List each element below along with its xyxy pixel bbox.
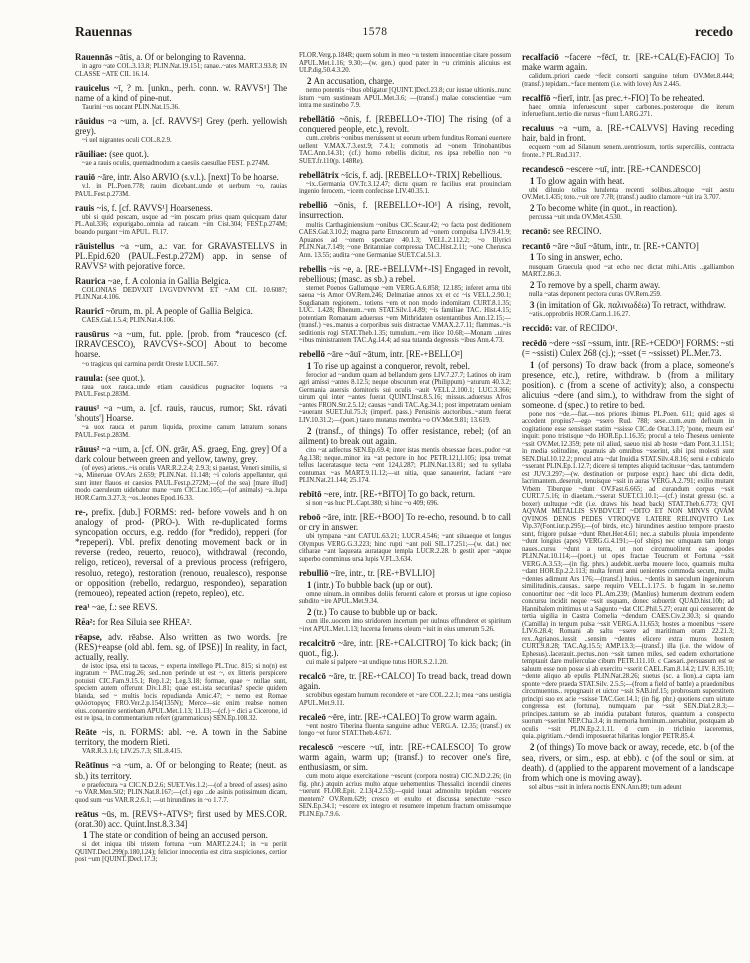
entry-re: re-, prefix. [dub.] FORMS: red- before v… bbox=[75, 507, 287, 598]
quotation-block: ~a uox rauca et parum liquida, proxime c… bbox=[75, 424, 287, 439]
entry-rauus: rāuus² ~a ~um, a. [cf. ON. grār, AS. gra… bbox=[75, 444, 287, 464]
headword: recalcitrō bbox=[299, 638, 338, 648]
quotation-block: multis Carthaginiensium ~onibus CIC.Scau… bbox=[299, 222, 511, 260]
entry-recanto: recantō ~āre ~āuī ~ātum, intr., tr. [RE-… bbox=[522, 241, 734, 251]
headword: rēapse, bbox=[75, 632, 108, 642]
quotation-block: ~ent nostro Tiberina fluenta sanguine ad… bbox=[299, 723, 511, 738]
quotation-block: cui male si palpere ~at undique tutus HO… bbox=[299, 659, 511, 667]
quotation-block: ~i uel nigrantes oculi COL.8.2.9. bbox=[75, 137, 287, 145]
headword: recandescō bbox=[522, 164, 566, 174]
headword: reboō bbox=[299, 512, 323, 522]
headword: recalescō bbox=[299, 742, 338, 752]
entry-rebello: rebellō ~āre ~āuī ~ātum, intr. [RE-+BELL… bbox=[299, 349, 511, 359]
quotation-block: ecquem ~om ad Silanum senem..uentriosum,… bbox=[522, 144, 734, 159]
quotation-block: cum..crebris ~onibus meruissent ut eorum… bbox=[299, 135, 511, 165]
headword: Reāte bbox=[75, 727, 102, 737]
quotation-block: de istoc ipsa, etsi tu taceas, ~ experta… bbox=[75, 663, 287, 723]
sense-definition: 1 The state or condition of being an acc… bbox=[75, 830, 287, 840]
entry-reboo: reboō ~āre, intr. [RE-+BOO] To re-echo, … bbox=[299, 512, 511, 532]
entry-rebellis: rebellis ~is ~e, a. [RE-+BELLVM+-IS] Eng… bbox=[299, 264, 511, 284]
entry-reate: Reāte ~is, n. FORMS: abl. ~e. A town in … bbox=[75, 727, 287, 747]
entry-rausurus: rausūrus ~a ~um, fut. pple. [prob. from … bbox=[75, 329, 287, 359]
quotation-block: si non ~as huc PL.Capt.380; si hinc ~o 4… bbox=[299, 500, 511, 508]
sense-definition: 2 To become white (in quot., in reaction… bbox=[522, 203, 734, 213]
quotation-block: nulla ~atas deponent pectora curas OV.Re… bbox=[522, 291, 734, 299]
text-column-2: FLOR.Verg.p.184R; quem solum in meo ~u t… bbox=[299, 52, 511, 940]
headword: rebellātiō bbox=[299, 114, 339, 124]
headword: rauicelus bbox=[75, 83, 114, 93]
entry-reapse: rēapse, adv. rēabse. Also written as two… bbox=[75, 632, 287, 662]
entry-rauula: rauula: (see quot.). bbox=[75, 373, 287, 383]
quotation-block: scrobibus egestam humum recondere et ~ar… bbox=[299, 692, 511, 707]
entry-rebullio: rebulliō ~īre, intr., tr. [RE-+BVLLIO] bbox=[299, 568, 511, 578]
entry-reatinus: Reātīnus ~a ~um, a. Of or belonging to R… bbox=[75, 760, 287, 780]
page-number: 1578 bbox=[0, 26, 750, 38]
entry-rebellio: rebelliō ~ōnis, f. [REBELLO+-IO¹] A risi… bbox=[299, 200, 511, 220]
sense-definition: 1 To rise up against a conqueror, revolt… bbox=[299, 361, 511, 371]
sense-number: 1 bbox=[530, 360, 538, 370]
headword: rāuistellus bbox=[75, 241, 120, 251]
sense-number: 1 bbox=[83, 830, 90, 840]
sense-definition: 2 (transf., of things) To offer resistan… bbox=[299, 426, 511, 446]
quotation-block: v.l. in PL.Poen.778; rauim dicebant..und… bbox=[75, 183, 287, 198]
text-column-3: recalfaciō ~facere ~fēcī, tr. [RE-+CAL(E… bbox=[522, 52, 734, 940]
entry-recano: recanō: see RECINO. bbox=[522, 226, 734, 236]
sense-definition: 2 To remove by a spell, charm away. bbox=[522, 280, 734, 290]
headword: rausūrus bbox=[75, 329, 113, 339]
entry-recaluus: recaluus ~a ~um, a. [RE-+CALVVS] Having … bbox=[522, 123, 734, 143]
sense-number: 1 bbox=[530, 176, 537, 186]
headword: rāuidus bbox=[75, 116, 108, 126]
entry-rauis: rauis ~is, f. [cf. RAVVS¹] Hoarseness. bbox=[75, 203, 287, 213]
entry-rea: rea¹ ~ae, f.: see REVS. bbox=[75, 602, 287, 612]
entry-recalfacio: recalfaciō ~facere ~fēcī, tr. [RE-+CAL(E… bbox=[522, 52, 734, 72]
headword: rebītō bbox=[299, 489, 324, 499]
quotation-block: ferocior ad ~andum quam ad bellandum gen… bbox=[299, 372, 511, 425]
quotation-block: ubi diluuio tellus lutulenta recenti sol… bbox=[522, 187, 734, 202]
entry-rauio: rauiō ~āre, intr. Also ARVIO (s.v.l.). [… bbox=[75, 172, 287, 182]
quotation-block: COLONIAS DEDVXIT LVGVDVNVM ET ~AM CIL 10… bbox=[75, 287, 287, 302]
entry-raurica: Raurica ~ae, f. A colonia in Gallia Belg… bbox=[75, 276, 287, 286]
headword: Rauricī bbox=[75, 306, 106, 316]
entry-rauennas: Rauennās ~ātis, a. Of or belonging to Ra… bbox=[75, 52, 287, 62]
quotation-block: ~ae a rauis oculis, quemadmodum a caesii… bbox=[75, 160, 287, 168]
quotation-block: percussa ~uit unda OV.Met.4.530. bbox=[522, 214, 734, 222]
headword: Reātīnus bbox=[75, 760, 112, 770]
entry-rauistellus: rāuistellus ~a ~um, a.: var. for GRAVAST… bbox=[75, 241, 287, 271]
headword: rauis bbox=[75, 203, 96, 213]
quotation-block: FLOR.Verg.p.184R; quem solum in meo ~u t… bbox=[299, 52, 511, 75]
headword: rea¹ bbox=[75, 602, 92, 612]
entry-raurici: Rauricī ~ōrum, m. pl. A people of Gallia… bbox=[75, 306, 287, 316]
headword: rāuiliae: bbox=[75, 149, 109, 159]
headword: rauiō bbox=[75, 172, 97, 182]
quotation-block: e praefectura ~a CIC.N.D.2.6; SUET.Ves.1… bbox=[75, 782, 287, 805]
entry-recalfio: recalfīō ~fierī, intr. [as prec.+-FIO] T… bbox=[522, 93, 734, 103]
quotation-block: cum ille..uocem imo stridorem incertum p… bbox=[299, 618, 511, 633]
quotation-block: VAR.R.3.1.6; LIV.25.7.3; SIL.8.415. bbox=[75, 748, 287, 756]
sense-number: 2 bbox=[307, 76, 314, 86]
headword: Rĕa²: bbox=[75, 617, 98, 627]
headword: recanō: bbox=[522, 226, 553, 236]
headword: reātus bbox=[75, 809, 102, 819]
entry-recalesco: recalescō ~escere ~uī, intr. [RE-+CALESC… bbox=[299, 742, 511, 772]
quotation-block: si det iniqua tibi tristem fortuna ~um M… bbox=[75, 841, 287, 864]
text-column-1: Rauennās ~ātis, a. Of or belonging to Ra… bbox=[75, 52, 287, 940]
quotation-block: ubi tympana ~ant CATUL.63.21; LUCR.4.546… bbox=[299, 533, 511, 563]
entry-rauidus: rāuidus ~a ~um, a. [cf. RAVVS²] Grey (pe… bbox=[75, 116, 287, 136]
quotation-block: omne uinum..in omnibus doliis feruenti c… bbox=[299, 591, 511, 606]
sense-number: 3 bbox=[530, 300, 537, 310]
entry-rauiliae: rāuiliae: (see quot.). bbox=[75, 149, 287, 159]
quotation-block: ubi si quid poscam, usque ad ~im poscam … bbox=[75, 214, 287, 237]
quotation-block: nusquam Graecula quod ~at echo nec dicta… bbox=[522, 264, 734, 279]
sense-number: 2 bbox=[530, 742, 537, 752]
quotation-block: sol albus ~ssit in infera noctis ENN.Ann… bbox=[522, 784, 734, 792]
headword: rauula: bbox=[75, 373, 105, 383]
entry-rebito: rebītō ~ere, intr. [RE-+BITO] To go back… bbox=[299, 489, 511, 499]
entry-rebellatrix: rebellātrix ~īcis, f. adj. [REBELLO+-TRI… bbox=[299, 170, 511, 180]
quotation-block: CAES.Gal.1.5.4; PLIN.Nat.4.106. bbox=[75, 317, 287, 325]
headword: rebellātrix bbox=[299, 170, 341, 180]
headword: recaluus bbox=[522, 123, 559, 133]
quotation-block: raua uox rauca..unde etiam causidicus pu… bbox=[75, 384, 287, 399]
running-head-right: recedo bbox=[695, 24, 733, 40]
entry-recaleo: recaleō ~ēre, intr. [RE-+CALEO] To grow … bbox=[299, 712, 511, 722]
entry-recandesco: recandescō ~escere ~uī, intr. [RE-+CANDE… bbox=[522, 164, 734, 174]
headword: rebelliō bbox=[299, 200, 334, 210]
quotation-block: cum motu atque exercitatione ~escunt (co… bbox=[299, 773, 511, 818]
quotation-block: ~atis..opprobriis HOR.Carm.1.16.27. bbox=[522, 311, 734, 319]
quotation-block: Taurini ~os uocant PLIN.Nat.15.36. bbox=[75, 104, 287, 112]
sense-definition: 2 An accusation, charge. bbox=[299, 76, 511, 86]
quotation-block: calidum..priori caede ~fecit consorti sa… bbox=[522, 73, 734, 88]
sense-number: 2 bbox=[307, 426, 316, 436]
quotation-block: ~ix..Germania OV.Tr.3.12.47; dictu quam … bbox=[299, 181, 511, 196]
headword: rāuus² bbox=[75, 444, 102, 454]
sense-number: 1 bbox=[307, 580, 314, 590]
headword: Rauennās bbox=[75, 52, 115, 62]
dictionary-page: Rauennas 1578 recedo Rauennās ~ātis, a. … bbox=[0, 0, 750, 963]
headword: rebulliō bbox=[299, 568, 331, 578]
quotation-block: cito ~at adfectus SEN.Ep.69.4; inter ist… bbox=[299, 447, 511, 485]
sense-number: 2 bbox=[307, 607, 314, 617]
entry-recalcitro: recalcitrō ~āre, intr. [RE-+CALCITRO] To… bbox=[299, 638, 511, 658]
entry-recedo: recēdō ~dere ~ssī ~ssum, intr. [RE-+CEDO… bbox=[522, 338, 734, 358]
quotation-block: haec omnia inferuescunt super carbones..… bbox=[522, 104, 734, 119]
sense-number: 1 bbox=[307, 361, 314, 371]
quotation-block: in agro ~ate COL.3.13.8; PLIN.Nat.19.151… bbox=[75, 63, 287, 78]
sense-definition: 2 (tr.) To cause to bubble up or back. bbox=[299, 607, 511, 617]
sense-definition: 1 (of persons) To draw back (from a plac… bbox=[522, 360, 734, 410]
sense-definition: 1 To glow again with heat. bbox=[522, 176, 734, 186]
quotation-block: nemo potentis ~ibus obligatur [QUINT.]De… bbox=[299, 87, 511, 110]
headword: re-, bbox=[75, 507, 92, 517]
quotation-block: ~o tragicus qui carmina perdit Oreste LU… bbox=[75, 361, 287, 369]
headword: recēdō bbox=[522, 338, 549, 348]
headword: recalcō bbox=[299, 671, 329, 681]
quotation-block: pone nos ~de.—fiat.—nos priores ibimus P… bbox=[522, 411, 734, 741]
sense-number: 2 bbox=[530, 280, 537, 290]
headword: recalfaciō bbox=[522, 52, 565, 62]
headword: recaleō bbox=[299, 712, 328, 722]
headword: Raurica bbox=[75, 276, 108, 286]
quotation-block: (of eyes) arietes..~is oculis VAR.R.2.2.… bbox=[75, 465, 287, 503]
headword: recantō bbox=[522, 241, 553, 251]
entry-recalco: recalcō ~āre, tr. [RE-+CALCO] To tread b… bbox=[299, 671, 511, 691]
headword: reccidō: bbox=[522, 323, 555, 333]
sense-definition: 2 (of things) To move back or away, rece… bbox=[522, 742, 734, 782]
entry-reccido: reccidō: var. of RECIDO¹. bbox=[522, 323, 734, 333]
entry-rea: Rĕa²: for Rea Siluia see RHEA². bbox=[75, 617, 287, 627]
sense-number: 1 bbox=[530, 252, 537, 262]
entry-rebellatio: rebellātiō ~ōnis, f. [REBELLO+-TIO] The … bbox=[299, 114, 511, 134]
sense-definition: 3 (in imitation of Gk. παλινωδέω) To ret… bbox=[522, 300, 734, 310]
sense-definition: 1 To sing in answer, echo. bbox=[522, 252, 734, 262]
headword: rauus¹ bbox=[75, 403, 104, 413]
entry-rauicelus: rauicelus ~ī, ? m. [unkn., perh. conn. w… bbox=[75, 83, 287, 103]
sense-definition: 1 (intr.) To bubble back (up or out). bbox=[299, 580, 511, 590]
quotation-block: sternet Poenos Gallumque ~em VERG.A.6.85… bbox=[299, 285, 511, 345]
headword: recalfīō bbox=[522, 93, 553, 103]
entry-reatus: reātus ~ūs, m. [REVS+-ATVS³; first used … bbox=[75, 809, 287, 829]
sense-number: 2 bbox=[530, 203, 537, 213]
headword: rebellis bbox=[299, 264, 329, 274]
headword: rebellō bbox=[299, 349, 327, 359]
entry-rauus: rauus¹ ~a ~um, a. [cf. rauis, raucus, ru… bbox=[75, 403, 287, 423]
